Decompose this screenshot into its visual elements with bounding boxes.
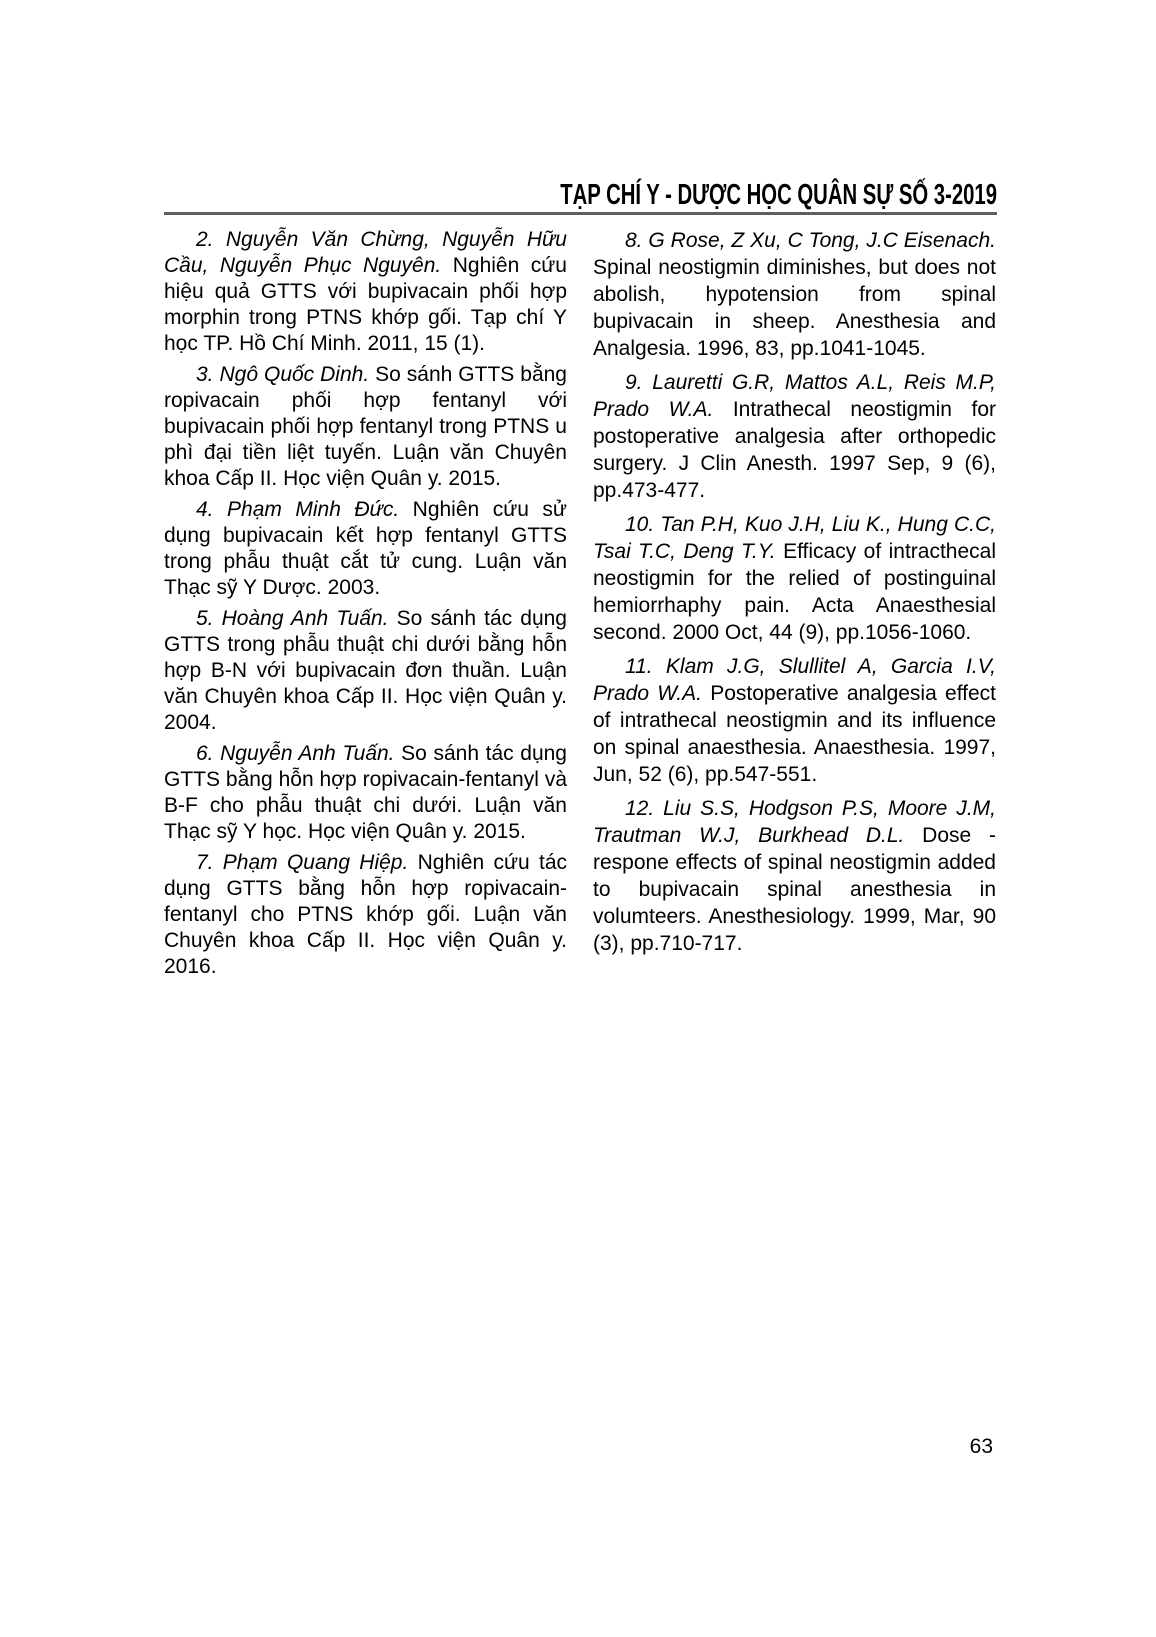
page-number: 63 xyxy=(970,1434,993,1460)
reference-item-7: 7. Phạm Quang Hiệp. Nghiên cứu tác dụng … xyxy=(164,850,567,980)
header-divider-line xyxy=(164,212,997,215)
reference-item-5: 5. Hoàng Anh Tuấn. So sánh tác dụng GTTS… xyxy=(164,606,567,736)
reference-item-4: 4. Phạm Minh Đức. Nghiên cứu sử dụng bup… xyxy=(164,497,567,601)
references-right-column: 8. G Rose, Z Xu, C Tong, J.C Eisenach. S… xyxy=(593,227,996,985)
references-left-column: 2. Nguyễn Văn Chừng, Nguyễn Hữu Cầu, Ngu… xyxy=(164,227,567,985)
reference-item-8: 8. G Rose, Z Xu, C Tong, J.C Eisenach. S… xyxy=(593,227,996,362)
reference-authors: 6. Nguyễn Anh Tuấn. xyxy=(196,742,395,765)
journal-page: TẠP CHÍ Y - DƯỢC HỌC QUÂN SỰ SỐ 3-2019 2… xyxy=(0,0,1156,1637)
reference-authors: 4. Phạm Minh Đức. xyxy=(196,498,399,521)
reference-item-11: 11. Klam J.G, Slullitel A, Garcia I.V, P… xyxy=(593,653,996,788)
reference-text: Spinal neostigmin diminishes, but does n… xyxy=(593,256,996,360)
reference-authors: 5. Hoàng Anh Tuấn. xyxy=(196,607,389,630)
reference-item-3: 3. Ngô Quốc Dinh. So sánh GTTS bằng ropi… xyxy=(164,362,567,492)
reference-item-6: 6. Nguyễn Anh Tuấn. So sánh tác dụng GTT… xyxy=(164,741,567,845)
reference-item-10: 10. Tan P.H, Kuo J.H, Liu K., Hung C.C, … xyxy=(593,511,996,646)
references-columns: 2. Nguyễn Văn Chừng, Nguyễn Hữu Cầu, Ngu… xyxy=(164,227,996,985)
reference-item-9: 9. Lauretti G.R, Mattos A.L, Reis M.P, P… xyxy=(593,369,996,504)
reference-item-12: 12. Liu S.S, Hodgson P.S, Moore J.M, Tra… xyxy=(593,795,996,957)
journal-header-title: TẠP CHÍ Y - DƯỢC HỌC QUÂN SỰ SỐ 3-2019 xyxy=(560,180,997,210)
reference-authors: 3. Ngô Quốc Dinh. xyxy=(196,363,369,386)
reference-authors: 8. G Rose, Z Xu, C Tong, J.C Eisenach. xyxy=(625,229,996,252)
reference-item-2: 2. Nguyễn Văn Chừng, Nguyễn Hữu Cầu, Ngu… xyxy=(164,227,567,357)
reference-authors: 7. Phạm Quang Hiệp. xyxy=(196,851,408,874)
